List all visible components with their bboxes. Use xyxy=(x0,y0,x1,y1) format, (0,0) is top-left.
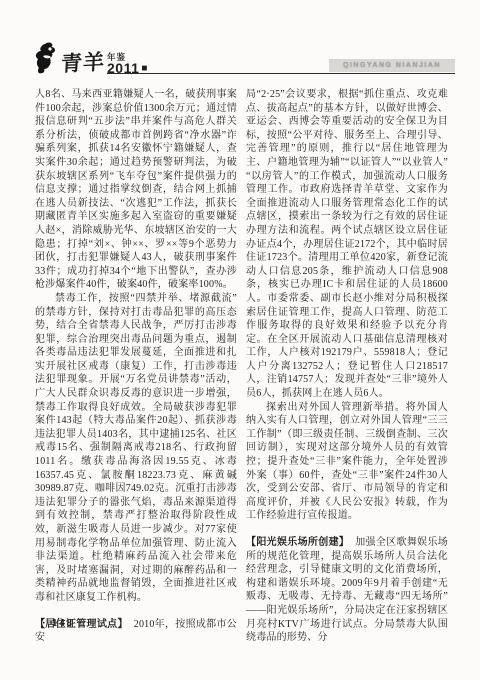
paragraph: 人8名、马来西亚籍嫌疑人一名，破获刑事案件100余起，涉案总价值1300余万元；… xyxy=(35,88,237,292)
section-label: 【阳光娱乐场所创建】 xyxy=(246,537,349,548)
header-banner: QINGYANG NIANJIAN xyxy=(329,59,455,72)
page-number: · 148 · xyxy=(42,618,84,629)
paragraph: 局“2·25”会议要求，根据“抓住重点、攻克难点、拔高起点”的基本方针，以做好世… xyxy=(246,88,448,401)
entry-text: 加强全区歌舞娱乐场所的规范化管理，提高娱乐场所人员合法化经营理念，引导健康文明的… xyxy=(246,537,448,643)
header-banner-text: QINGYANG NIANJIAN xyxy=(343,62,441,69)
left-column: 人8名、马来西亚籍嫌疑人一名，破获刑事案件100余起，涉案总价值1300余万元；… xyxy=(35,88,237,645)
entry-paragraph: 【阳光娱乐场所创建】加强全区歌舞娱乐场所的规范化管理，提高娱乐场所人员合法化经营… xyxy=(246,536,448,645)
text-columns: 人8名、马来西亚籍嫌疑人一名，破获刑事案件100余起，涉案总价值1300余万元；… xyxy=(35,88,448,645)
brand-calligraphy: 青羊 xyxy=(60,52,105,76)
brand-year: 2011 xyxy=(107,61,139,75)
yearbook-logo: 青羊 年鉴 2011 ■ xyxy=(35,42,147,75)
yearbook-page: 青羊 年鉴 2011 ■ QINGYANG NIANJIAN 人8名、马来西亚籍… xyxy=(0,0,480,680)
header-rule xyxy=(107,73,455,75)
brand-stack: 年鉴 2011 ■ xyxy=(107,53,147,76)
page-header: 青羊 年鉴 2011 ■ QINGYANG NIANJIAN xyxy=(35,44,455,76)
goat-logo-icon xyxy=(35,42,59,75)
paragraph: 探索出对外国人管理新举措。将外国人纳入实有人口管理，创立对外国人管理“三三工作制… xyxy=(246,401,448,523)
brand-square-icon: ■ xyxy=(141,64,147,74)
right-column: 局“2·25”会议要求，根据“抓住重点、攻克难点、拔高起点”的基本方针，以做好世… xyxy=(246,88,448,645)
paragraph: 禁毒工作，按照“四禁并举、堵源截流”的禁毒方针，保持对打击毒品犯罪的高压态势，结… xyxy=(35,292,237,605)
